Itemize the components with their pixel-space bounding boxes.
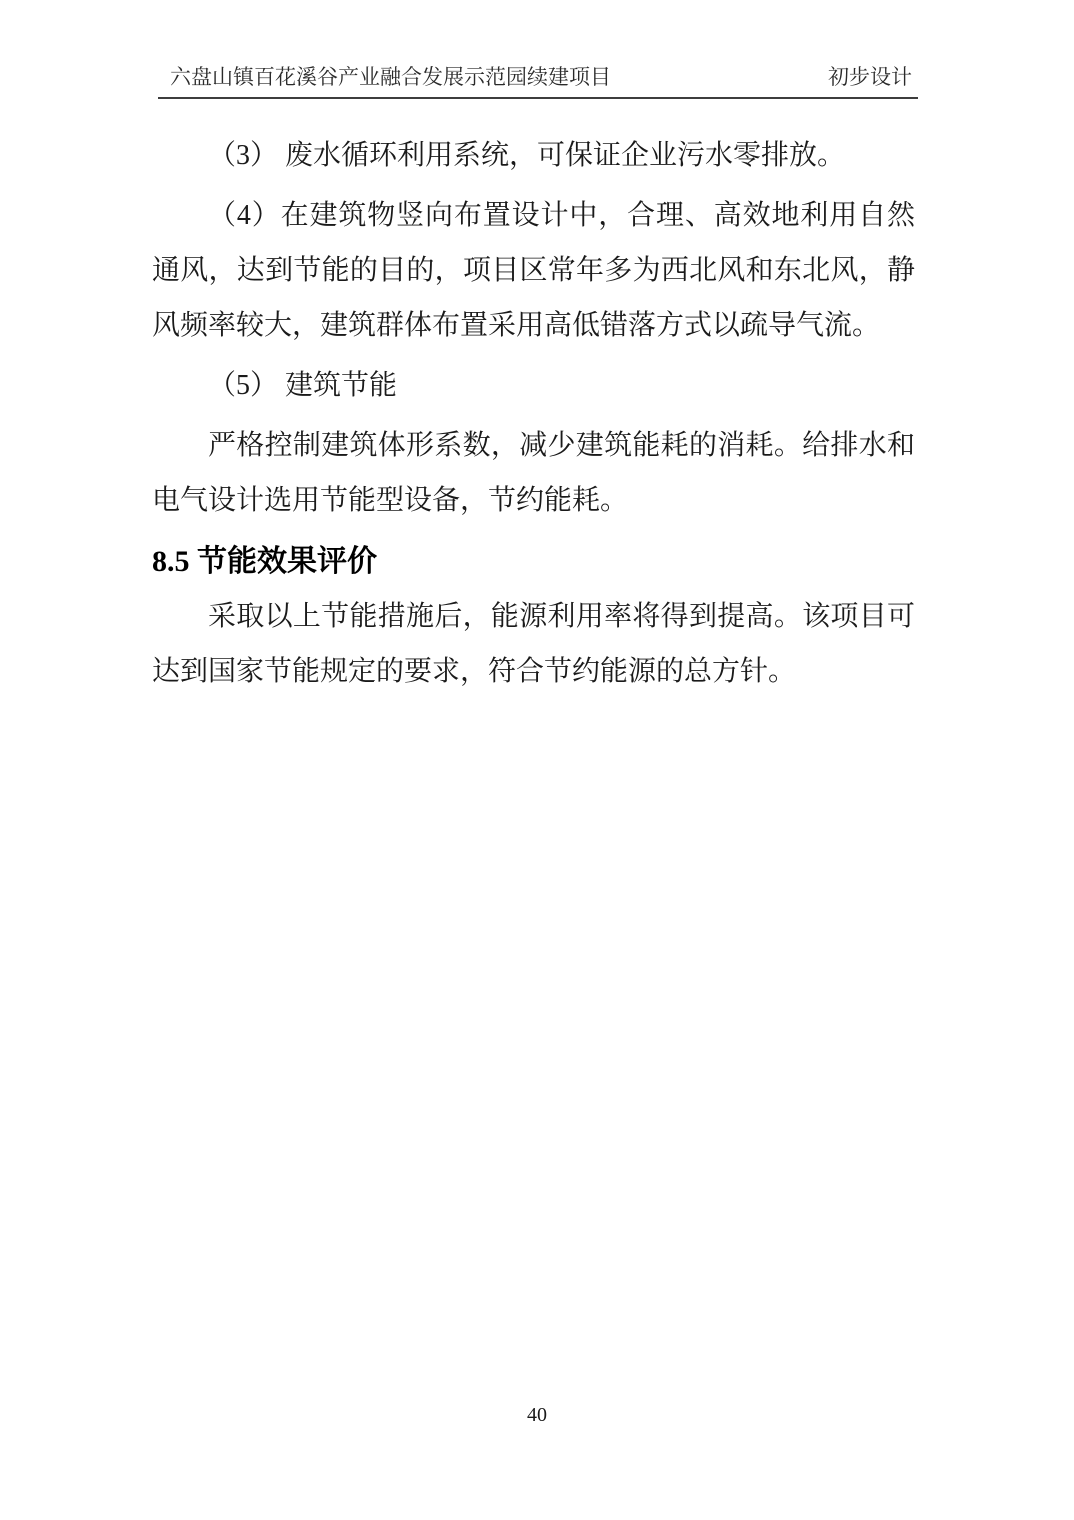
page-number: 40 — [527, 1404, 547, 1426]
body-paragraph-evaluation: 采取以上节能措施后，能源利用率将得到提高。该项目可达到国家节能规定的要求，符合节… — [152, 589, 915, 699]
body-paragraph-3: （3） 废水循环利用系统，可保证企业污水零排放。 — [152, 128, 915, 183]
header-doc-stage: 初步设计 — [828, 64, 918, 90]
body-paragraph-5: （5） 建筑节能 — [152, 358, 915, 413]
body-paragraph-4: （4）在建筑物竖向布置设计中，合理、高效地利用自然通风，达到节能的目的，项目区常… — [152, 188, 915, 353]
section-heading: 8.5 节能效果评价 — [152, 534, 915, 589]
page-footer: 40 — [0, 1403, 1074, 1427]
header-project-title: 六盘山镇百花溪谷产业融合发展示范园续建项目 — [158, 64, 611, 90]
document-body: （3） 废水循环利用系统，可保证企业污水零排放。 （4）在建筑物竖向布置设计中，… — [152, 103, 915, 704]
document-page: 六盘山镇百花溪谷产业融合发展示范园续建项目 初步设计 （3） 废水循环利用系统，… — [0, 0, 1074, 1520]
body-paragraph-energy-control: 严格控制建筑体形系数，减少建筑能耗的消耗。给排水和电气设计选用节能型设备，节约能… — [152, 418, 915, 528]
page-header: 六盘山镇百花溪谷产业融合发展示范园续建项目 初步设计 — [158, 0, 918, 99]
